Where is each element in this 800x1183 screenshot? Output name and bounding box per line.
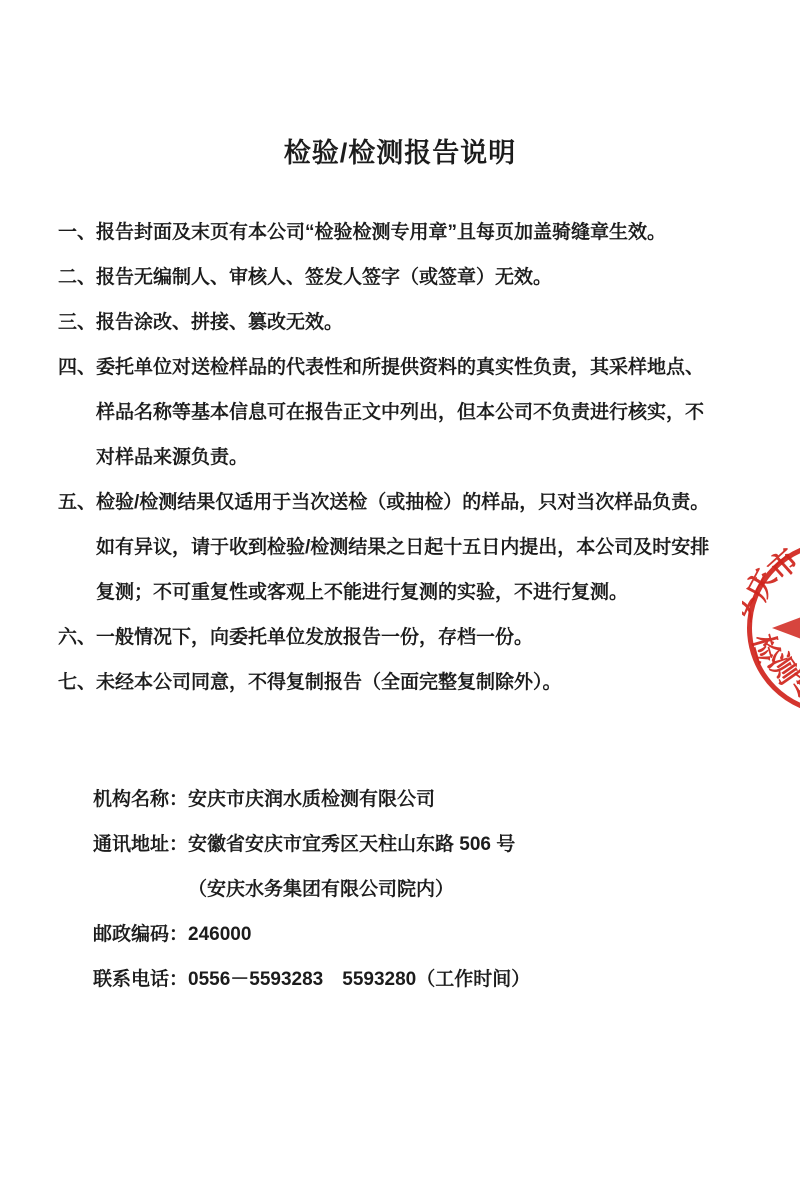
postcode-value: 246000 xyxy=(188,912,251,957)
company-seal-stamp: 安 庆 市 检 测 专 xyxy=(742,535,800,721)
contact-row-address: 通讯地址： 安徽省安庆市宜秀区天柱山东路 506 号 （安庆水务集团有限公司院内… xyxy=(93,822,530,912)
org-name-value: 安庆市庆润水质检测有限公司 xyxy=(188,777,435,822)
notes-list: 一、报告封面及末页有本公司“检验检测专用章”且每页加盖骑缝章生效。 二、报告无编… xyxy=(58,210,720,705)
note-item-5: 五、检验/检测结果仅适用于当次送检（或抽检）的样品，只对当次样品负责。 如有异议… xyxy=(58,480,720,615)
note-text: 报告涂改、拼接、篡改无效。 xyxy=(96,312,343,333)
note-line: 五、检验/检测结果仅适用于当次送检（或抽检）的样品，只对当次样品负责。 xyxy=(58,480,720,525)
contact-row-postcode: 邮政编码： 246000 xyxy=(93,912,530,957)
note-item-6: 六、一般情况下，向委托单位发放报告一份，存档一份。 xyxy=(58,615,720,660)
seal-char-jian: 检 xyxy=(747,632,783,668)
seal-char-shi: 市 xyxy=(764,545,800,586)
page-title: 检验/检测报告说明 xyxy=(0,131,800,170)
note-number: 六、 xyxy=(58,627,96,648)
note-line: 对样品来源负责。 xyxy=(58,435,720,480)
note-text: 检验/检测结果仅适用于当次送检（或抽检）的样品，只对当次样品负责。 xyxy=(96,492,709,513)
address-line-1: 安徽省安庆市宜秀区天柱山东路 506 号 xyxy=(188,822,515,867)
address-line-2: （安庆水务集团有限公司院内） xyxy=(188,867,515,912)
note-number: 五、 xyxy=(58,492,96,513)
seal-ring-icon xyxy=(747,541,800,715)
seal-char-an: 安 xyxy=(742,591,759,624)
note-line: 复测；不可重复性或客观上不能进行复测的实验，不进行复测。 xyxy=(58,570,720,615)
note-line: 如有异议，请于收到检验/检测结果之日起十五日内提出，本公司及时安排 xyxy=(58,525,720,570)
note-text: 未经本公司同意，不得复制报告（全面完整复制除外）。 xyxy=(96,672,562,693)
note-line: 二、报告无编制人、审核人、签发人签字（或签章）无效。 xyxy=(58,255,720,300)
seal-char-ce: 测 xyxy=(762,649,800,689)
note-item-1: 一、报告封面及末页有本公司“检验检测专用章”且每页加盖骑缝章生效。 xyxy=(58,210,720,255)
note-text: 报告无编制人、审核人、签发人签字（或签章）无效。 xyxy=(96,267,552,288)
note-line: 三、报告涂改、拼接、篡改无效。 xyxy=(58,300,720,345)
seal-char-zhuan: 专 xyxy=(782,665,800,706)
contact-block: 机构名称： 安庆市庆润水质检测有限公司 通讯地址： 安徽省安庆市宜秀区天柱山东路… xyxy=(93,777,530,1002)
report-notes-page: 检验/检测报告说明 一、报告封面及末页有本公司“检验检测专用章”且每页加盖骑缝章… xyxy=(0,0,800,1183)
note-line: 样品名称等基本信息可在报告正文中列出，但本公司不负责进行核实，不 xyxy=(58,390,720,435)
contact-row-phone: 联系电话： 0556－5593283 5593280（工作时间） xyxy=(93,957,530,1002)
star-icon xyxy=(769,563,800,693)
note-line: 六、一般情况下，向委托单位发放报告一份，存档一份。 xyxy=(58,615,720,660)
note-number: 七、 xyxy=(58,672,96,693)
note-text: 委托单位对送检样品的代表性和所提供资料的真实性负责，其采样地点、 xyxy=(96,357,704,378)
note-number: 二、 xyxy=(58,267,96,288)
contact-label: 机构名称： xyxy=(93,777,188,822)
phone-value: 0556－5593283 5593280（工作时间） xyxy=(188,957,530,1002)
note-item-7: 七、未经本公司同意，不得复制报告（全面完整复制除外）。 xyxy=(58,660,720,705)
note-item-2: 二、报告无编制人、审核人、签发人签字（或签章）无效。 xyxy=(58,255,720,300)
note-number: 四、 xyxy=(58,357,96,378)
contact-label: 联系电话： xyxy=(93,957,188,1002)
note-line: 四、委托单位对送检样品的代表性和所提供资料的真实性负责，其采样地点、 xyxy=(58,345,720,390)
note-number: 一、 xyxy=(58,222,96,243)
note-text: 报告封面及末页有本公司“检验检测专用章”且每页加盖骑缝章生效。 xyxy=(96,222,666,243)
note-line: 七、未经本公司同意，不得复制报告（全面完整复制除外）。 xyxy=(58,660,720,705)
note-item-3: 三、报告涂改、拼接、篡改无效。 xyxy=(58,300,720,345)
note-line: 一、报告封面及末页有本公司“检验检测专用章”且每页加盖骑缝章生效。 xyxy=(58,210,720,255)
address-value: 安徽省安庆市宜秀区天柱山东路 506 号 （安庆水务集团有限公司院内） xyxy=(188,822,515,912)
contact-label: 邮政编码： xyxy=(93,912,188,957)
note-item-4: 四、委托单位对送检样品的代表性和所提供资料的真实性负责，其采样地点、 样品名称等… xyxy=(58,345,720,480)
note-number: 三、 xyxy=(58,312,96,333)
contact-row-org-name: 机构名称： 安庆市庆润水质检测有限公司 xyxy=(93,777,530,822)
note-text: 一般情况下，向委托单位发放报告一份，存档一份。 xyxy=(96,627,533,648)
contact-label: 通讯地址： xyxy=(93,822,188,867)
seal-char-qing: 庆 xyxy=(743,566,782,605)
